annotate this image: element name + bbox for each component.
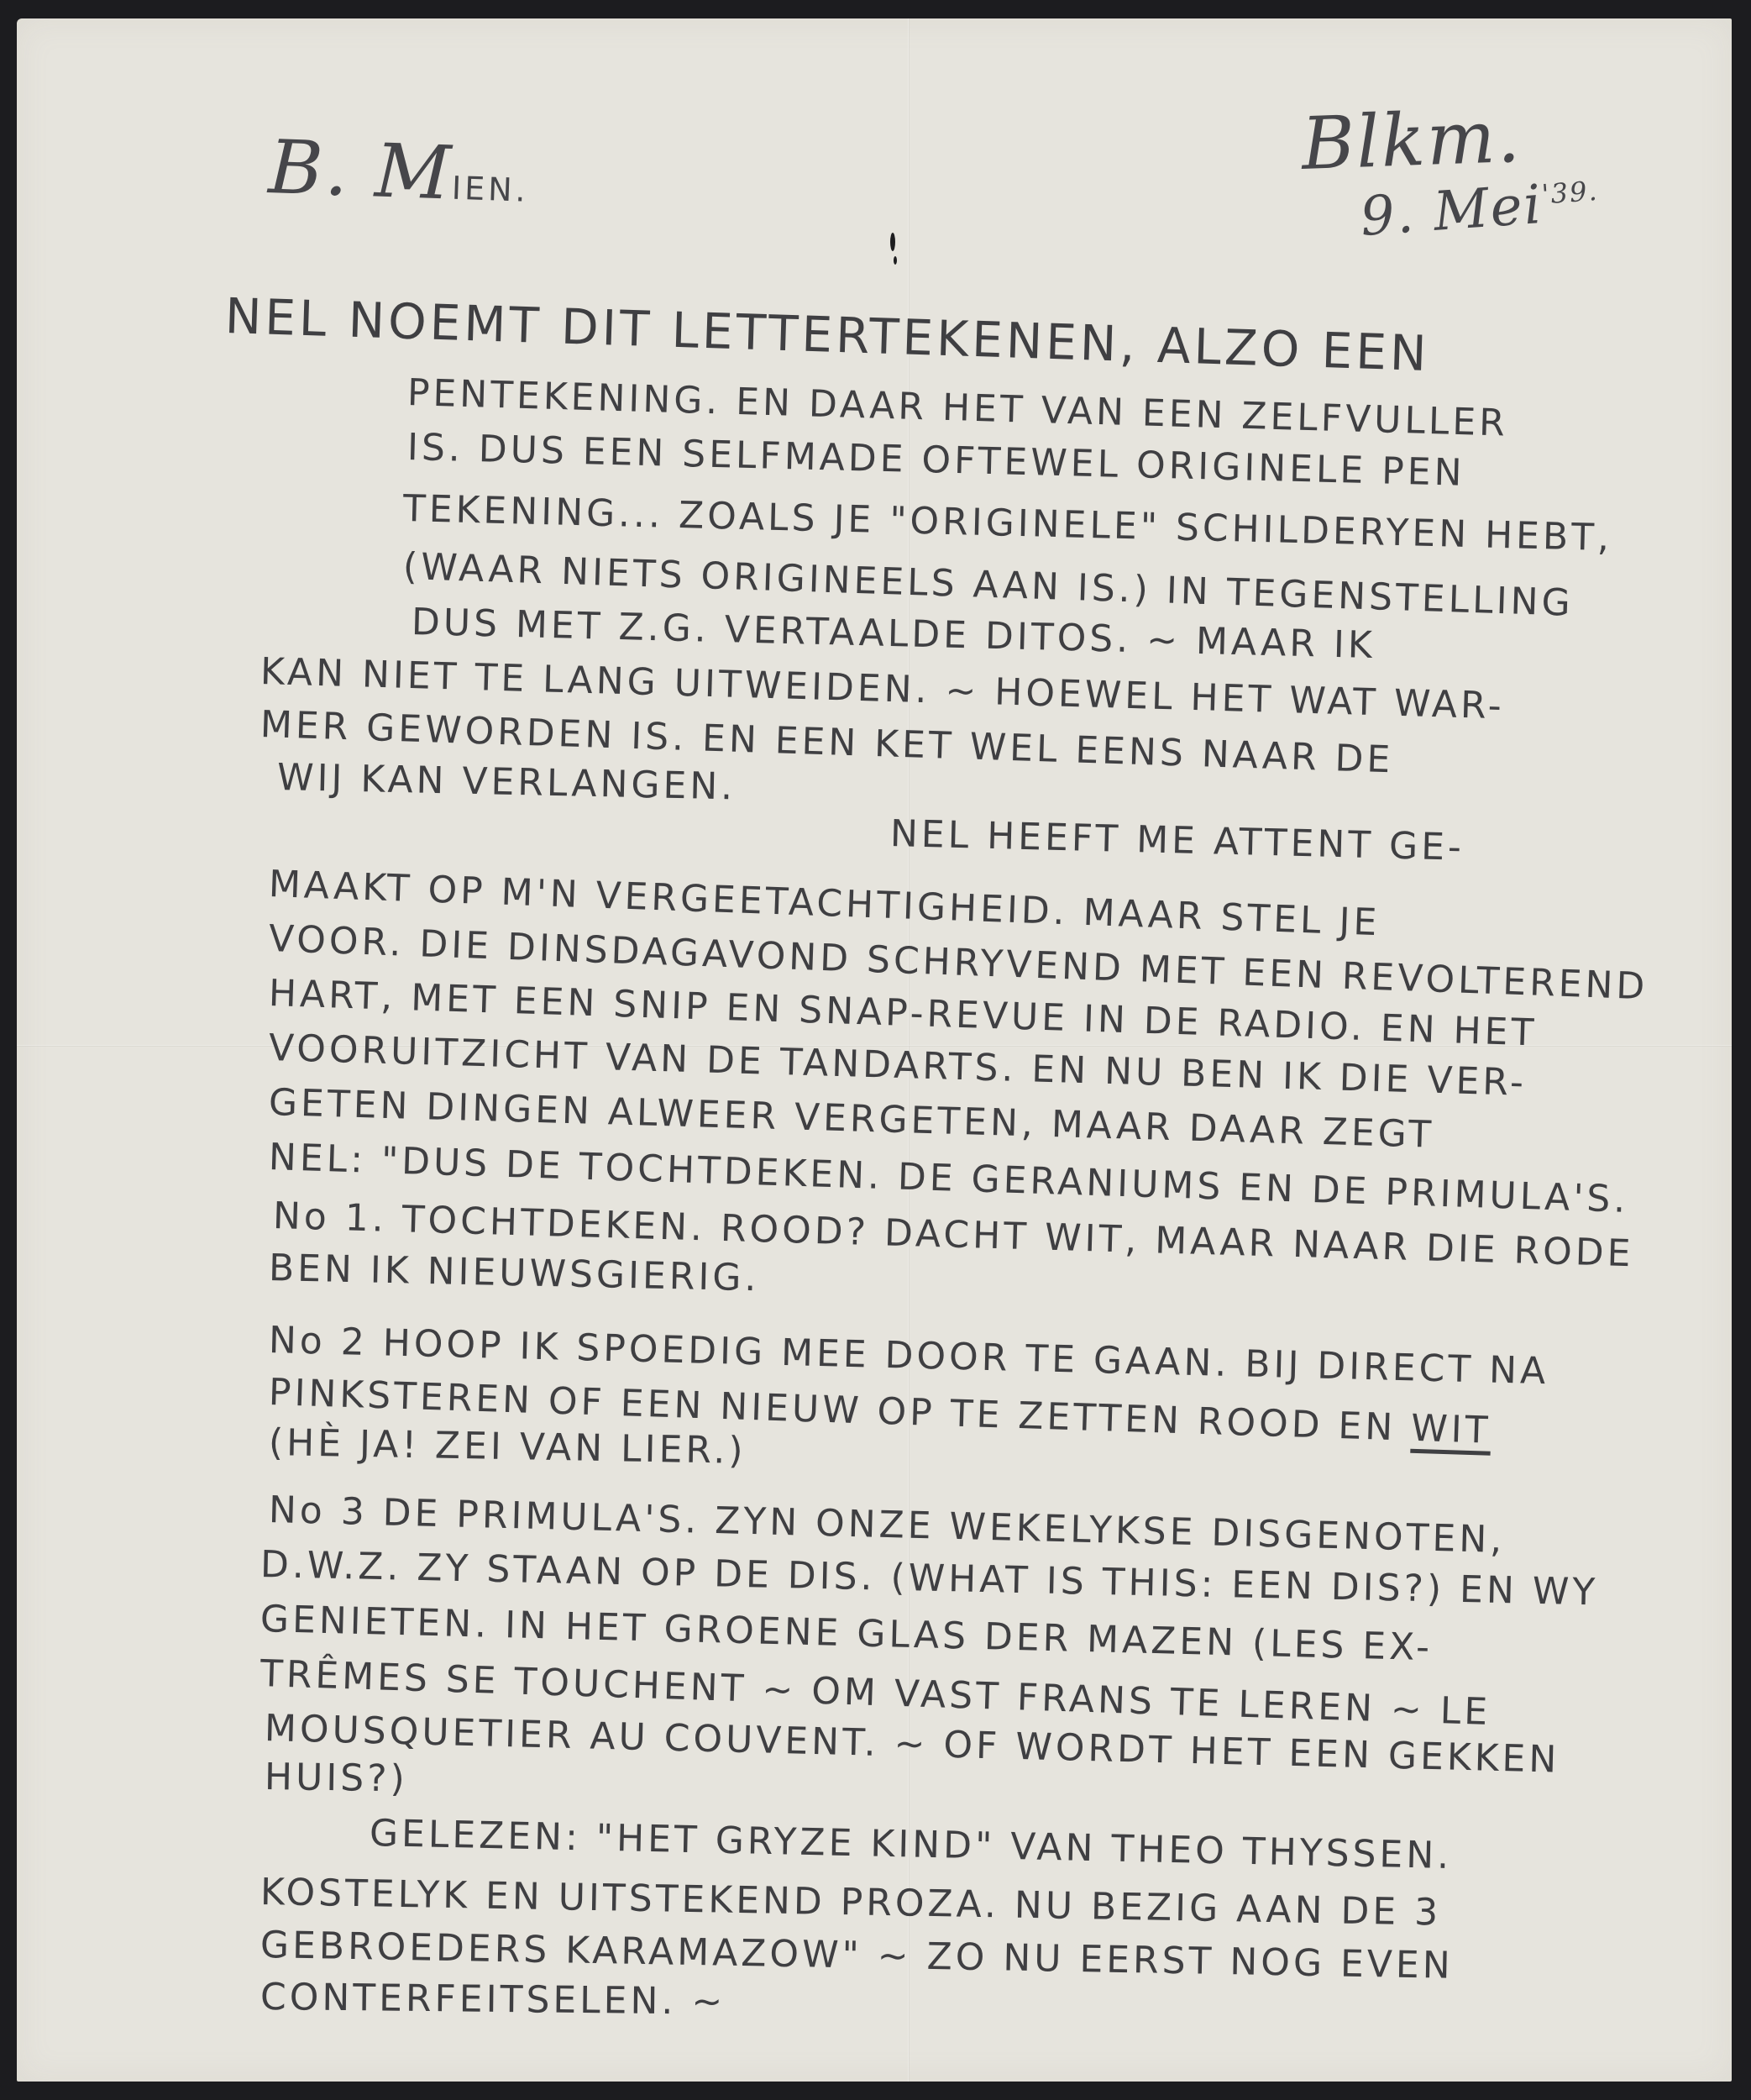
- letter-line-4: TEKENING... ZOALS JE "ORIGINELE" SCHILDE…: [402, 487, 1612, 559]
- letter-line-29: KOSTELYK EN UITSTEKEND PROZA. NU BEZIG A…: [260, 1871, 1442, 1935]
- place-signature: Blkm.: [1300, 95, 1523, 186]
- letter-paper: B. MIEN. Blkm. 9. Mei'39. NEL NOEMT DIT …: [17, 18, 1732, 2082]
- underlined-word: WIT: [1410, 1407, 1491, 1452]
- letter-line-10: NEL HEEFT ME ATTENT GE-: [889, 812, 1465, 869]
- letter-line-21: (HÈ JA! ZEI VAN LIER.): [269, 1421, 747, 1473]
- salutation: B. MIEN.: [267, 123, 531, 219]
- letter-line-18: BEN IK NIEUWSGIERIG.: [268, 1247, 759, 1299]
- letter-line-28: GELEZEN: "HET GRYZE KIND" VAN THEO THYSS…: [369, 1812, 1452, 1877]
- letter-line-27: HUIS?): [265, 1756, 408, 1800]
- letter-line-31: CONTERFEITSELEN. ~: [260, 1976, 726, 2024]
- letter-line-1: NEL NOEMT DIT LETTERTEKENEN, ALZO EEN: [224, 287, 1431, 382]
- letter-line-9: WIJ KAN VERLANGEN.: [276, 756, 736, 808]
